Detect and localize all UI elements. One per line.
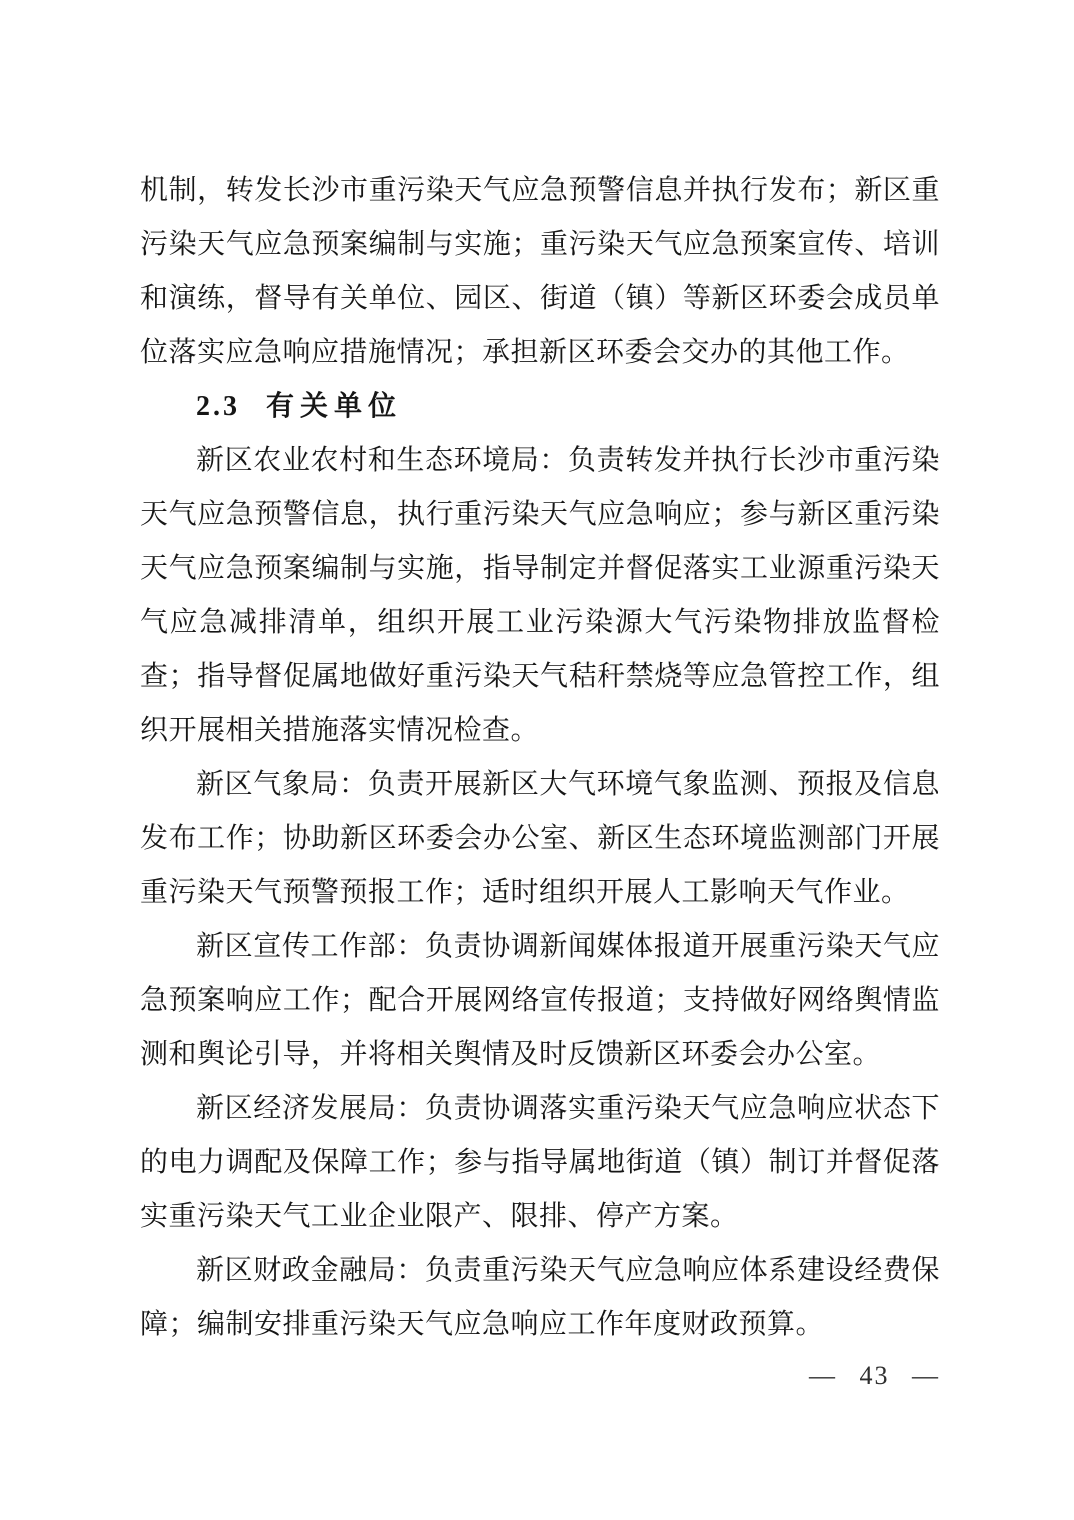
- paragraph-publicity-department: 新区宣传工作部：负责协调新闻媒体报道开展重污染天气应急预案响应工作；配合开展网络…: [140, 920, 940, 1082]
- document-body: 机制，转发长沙市重污染天气应急预警信息并执行发布；新区重污染天气应急预案编制与实…: [140, 164, 940, 1352]
- section-heading: 2.3有关单位: [140, 380, 940, 434]
- paragraph-meteorological-bureau: 新区气象局：负责开展新区大气环境气象监测、预报及信息发布工作；协助新区环委会办公…: [140, 758, 940, 920]
- page-footer: — 43 —: [809, 1356, 940, 1396]
- document-page: 机制，转发长沙市重污染天气应急预警信息并执行发布；新区重污染天气应急预案编制与实…: [0, 0, 1074, 1520]
- section-number: 2.3: [196, 391, 240, 422]
- paragraph-agriculture-ecology-bureau: 新区农业农村和生态环境局：负责转发并执行长沙市重污染天气应急预警信息，执行重污染…: [140, 434, 940, 758]
- paragraph-continuation: 机制，转发长沙市重污染天气应急预警信息并执行发布；新区重污染天气应急预案编制与实…: [140, 164, 940, 380]
- paragraph-finance-bureau: 新区财政金融局：负责重污染天气应急响应体系建设经费保障；编制安排重污染天气应急响…: [140, 1244, 940, 1352]
- page-number: — 43 —: [809, 1361, 940, 1390]
- paragraph-economic-development-bureau: 新区经济发展局：负责协调落实重污染天气应急响应状态下的电力调配及保障工作；参与指…: [140, 1082, 940, 1244]
- section-title: 有关单位: [266, 391, 402, 422]
